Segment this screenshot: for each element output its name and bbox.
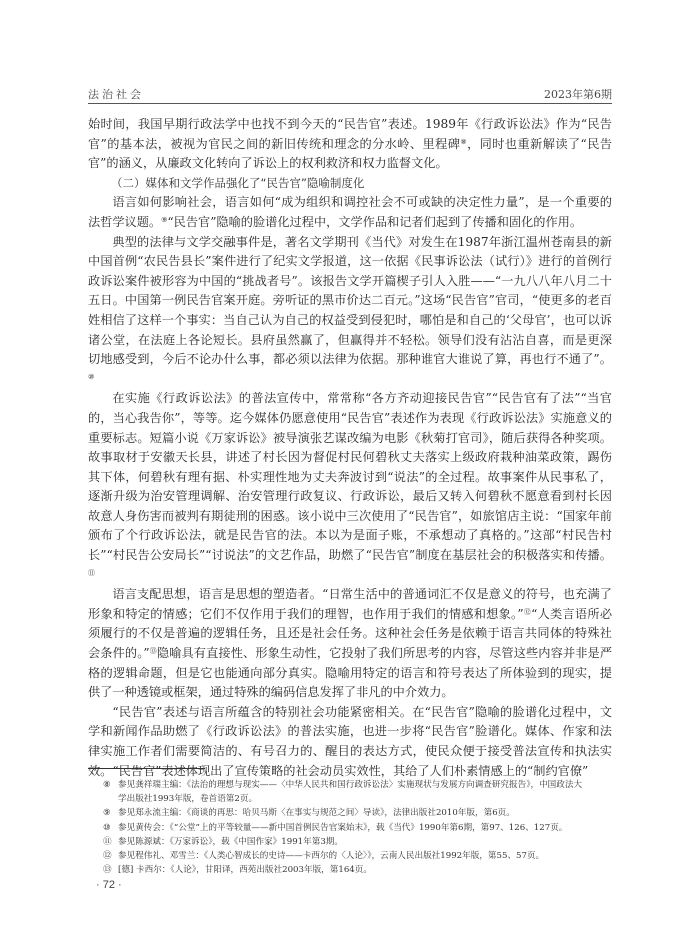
paragraph: 语言支配思想，语言是思想的塑造者。“日常生活中的普通词汇不仅是意义的符号，也充满… (88, 585, 612, 703)
footnote-number: ⑩ (103, 821, 118, 835)
issue-label: 2023年第6期 (544, 86, 612, 102)
footnote-ref-12[interactable]: ⑫ (524, 608, 532, 616)
paragraph: 典型的法律与文学交融事件是，著名文学期刊《当代》对发生在1987年浙江温州苍南县… (88, 233, 612, 390)
footnote-ref-13[interactable]: ⑬ (150, 647, 157, 655)
section-subheading: （二）媒体和文学作品强化了“民告官”隐喻制度化 (88, 174, 612, 194)
footnote-number: ⑬ (103, 863, 118, 877)
paragraph-continuation: 始时间，我国早期行政法学中也找不到今天的“民告官”表述。1989年《行政诉讼法》… (88, 115, 612, 174)
footnote-ref-11[interactable]: ⑪ (88, 569, 95, 577)
page-number: · 72 · (96, 879, 122, 891)
footnote-11: ⑪参见陈源斌：《万家诉讼》，载《中国作家》1991年第3期。 (103, 835, 612, 849)
footnote-number: ⑧ (103, 778, 118, 792)
footnote-number: ⑪ (103, 835, 118, 849)
footnote-8: ⑧参见龚祥瑞主编：《法治的理想与现实——〈中华人民共和国行政诉讼法〉实施现状与发… (103, 778, 612, 806)
footnote-10: ⑩参见黄传会：《“公堂”上的平等较量——新中国首例民告官案始末》，载《当代》19… (103, 821, 612, 835)
footnote-13: ⑬[德] 卡西尔：《人论》，甘阳译，西苑出版社2003年版，第164页。 (103, 863, 612, 877)
paragraph: “民告官”表述与语言所蕴含的特别社会功能紧密相关。在“民告官”隐喻的脸谱化过程中… (88, 703, 612, 781)
footnotes: ⑧参见龚祥瑞主编：《法治的理想与现实——〈中华人民共和国行政诉讼法〉实施现状与发… (103, 778, 612, 877)
paragraph: 在实施《行政诉讼法》的普法宣传中，常常称“各方齐动迎接民告官”“民告官有了法”“… (88, 389, 612, 585)
running-header: 法治社会 2023年第6期 (88, 86, 612, 102)
footnote-number: ⑨ (103, 806, 118, 820)
footnote-number: ⑫ (103, 849, 118, 863)
paragraph: 语言如何影响社会，语言如何“成为组织和调控社会不可或缺的决定性力量”，是一个重要… (88, 193, 612, 232)
article-body: 始时间，我国早期行政法学中也找不到今天的“民告官”表述。1989年《行政诉讼法》… (88, 115, 612, 781)
footnote-ref-10[interactable]: ⑩ (88, 373, 94, 381)
journal-name: 法治社会 (88, 86, 144, 102)
footnote-12: ⑫参见程伟礼、邓雪兰：《人类心智成长的史诗——卡西尔的〈人论〉》，云南人民出版社… (103, 849, 612, 863)
footnote-rule (88, 768, 205, 769)
footnote-9: ⑨参见郑永流主编：《商谈的再思：哈贝马斯〈在事实与规范之间〉导读》，法律出版社2… (103, 806, 612, 820)
header-rule (88, 103, 612, 104)
